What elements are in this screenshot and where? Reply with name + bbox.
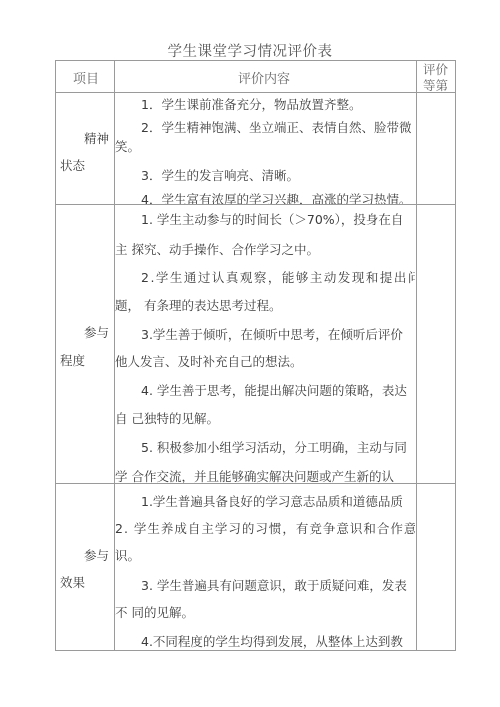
content-cell: 1. 学生主动参与的时间长（＞70%），投身在自 主 探究、动手操作、合作学习之… bbox=[115, 205, 415, 483]
content-line: 2.学生通过认真观察，能够主动发现和提出问 bbox=[141, 268, 415, 286]
content-line: 4. 学生善于思考，能提出解决问题的策略，表达 bbox=[141, 381, 407, 399]
header-grade-line2: 等第 bbox=[423, 76, 448, 94]
content-line: 笑。 bbox=[115, 137, 140, 155]
content-line: 1.学生普遍具备良好的学习意志品质和道德品质 bbox=[141, 492, 403, 510]
content-line: 识。 bbox=[115, 546, 140, 564]
category-label: 精神 bbox=[84, 129, 109, 147]
content-line: 学 合作交流，并且能够确实解决问题或产生新的认 bbox=[115, 467, 394, 483]
content-line: 他人发言、及时补充自己的想法。 bbox=[115, 352, 303, 370]
content-line: 4．学生富有浓厚的学习兴趣，高涨的学习热情。 bbox=[141, 190, 411, 204]
content-line: 3.学生善于倾听，在倾听中思考，在倾听后评价 bbox=[141, 325, 403, 343]
evaluation-table: 项目 评价内容 评价 等第 精神 状态 1．学生课前准备充分，物品放置齐整。 2… bbox=[55, 60, 456, 651]
header-content: 评价内容 bbox=[238, 68, 290, 87]
document-title: 学生课堂学习情况评价表 bbox=[0, 40, 500, 61]
content-cell: 1．学生课前准备充分，物品放置齐整。 2．学生精神饱满、坐立端正、表情自然、脸带… bbox=[115, 93, 415, 204]
content-line: 5. 积极参加小组学习活动，分工明确，主动与同 bbox=[141, 438, 407, 456]
content-line: 2．学生精神饱满、坐立端正、表情自然、脸带微 bbox=[141, 118, 411, 136]
content-cell: 1.学生普遍具备良好的学习意志品质和道德品质 2. 学生养成自主学习的习惯，有竞… bbox=[115, 484, 415, 651]
content-line: 1．学生课前准备充分，物品放置齐整。 bbox=[141, 95, 361, 113]
category-label: 程度 bbox=[60, 351, 85, 369]
category-label: 状态 bbox=[60, 156, 85, 174]
content-line: 自 己独特的见解。 bbox=[115, 409, 219, 427]
content-line: 1. 学生主动参与的时间长（＞70%），投身在自 bbox=[141, 210, 403, 228]
category-label: 效果 bbox=[60, 573, 85, 591]
column-divider bbox=[416, 61, 417, 650]
content-line: 主 探究、动手操作、合作学习之中。 bbox=[115, 240, 319, 258]
content-line: 不 同的见解。 bbox=[115, 603, 194, 621]
content-line: 题， 有条理的表达思考过程。 bbox=[115, 296, 281, 314]
category-label: 参与 bbox=[84, 323, 109, 341]
header-item: 项目 bbox=[73, 68, 99, 87]
category-label: 参与 bbox=[84, 546, 109, 564]
content-line: 4.不同程度的学生均得到发展，从整体上达到教 bbox=[141, 632, 403, 650]
content-line: 3. 学生普遍具有问题意识，敢于质疑问难，发表 bbox=[141, 576, 407, 594]
content-line: 2. 学生养成自主学习的习惯，有竞争意识和合作意 bbox=[115, 519, 415, 537]
content-line: 3．学生的发言响亮、清晰。 bbox=[141, 166, 299, 184]
